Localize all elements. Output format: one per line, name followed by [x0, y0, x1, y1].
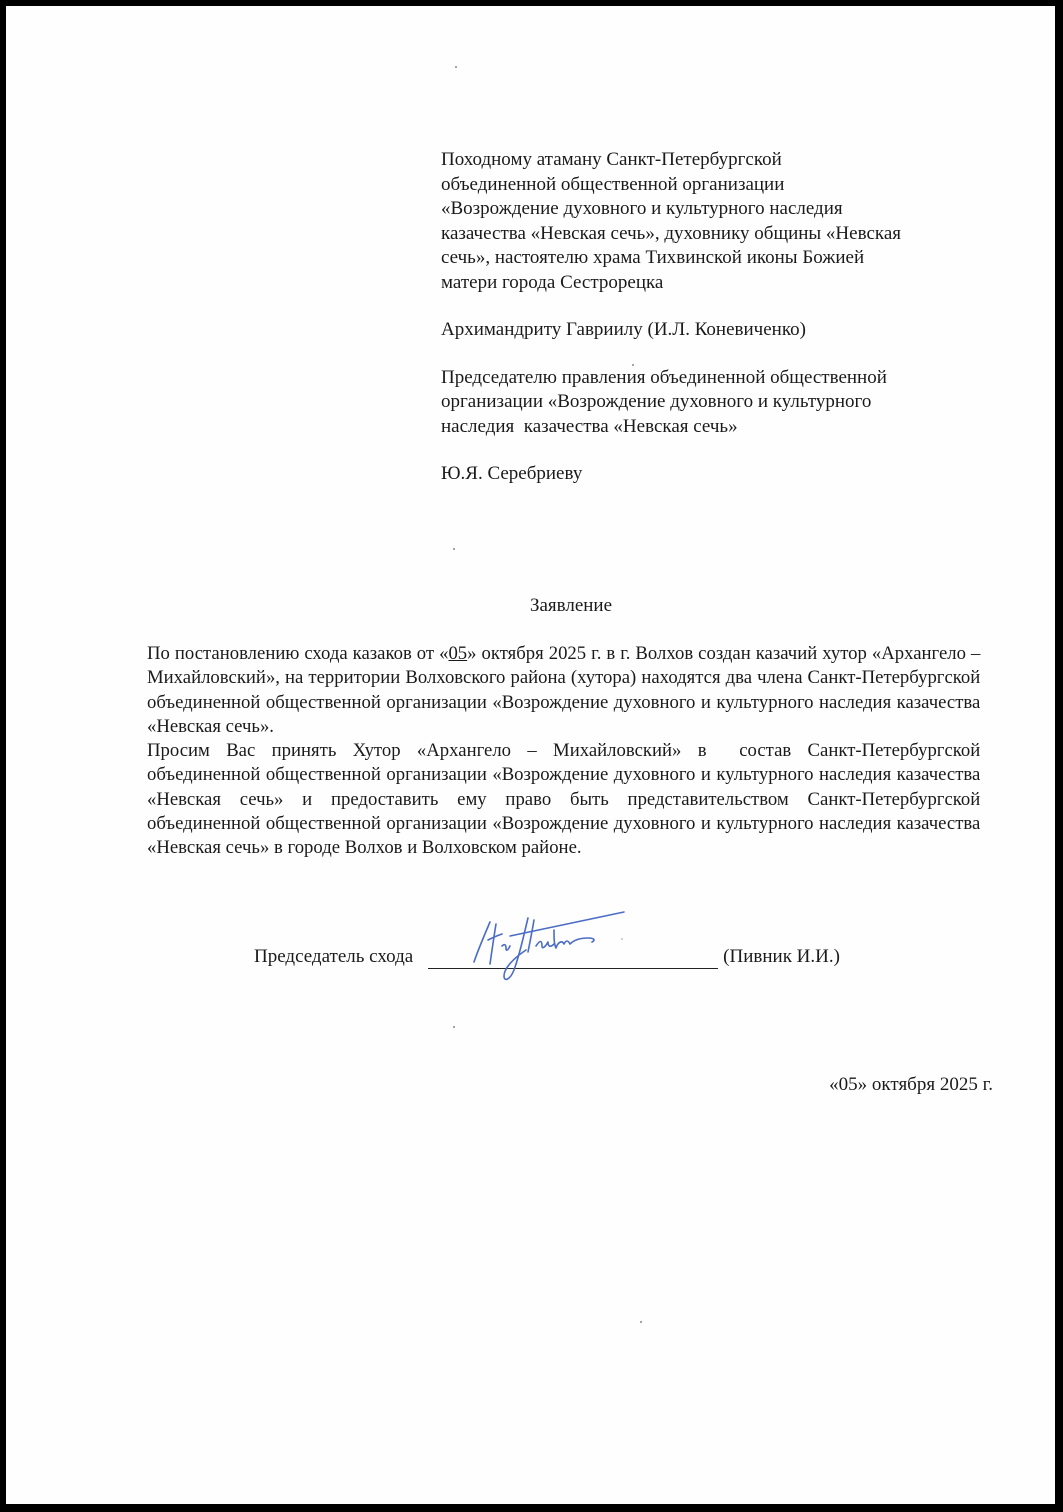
scan-speck	[632, 364, 634, 366]
addressee-chairman: Председателю правления объединенной обще…	[441, 366, 1001, 440]
addressee-name-chairman: Ю.Я. Серебриеву	[441, 462, 1001, 487]
decision-day: 05	[448, 643, 467, 664]
addressee-block: Походному атаману Санкт-Петербургской об…	[441, 148, 1001, 487]
addressee-line: Походному атаману Санкт-Петербургской	[441, 148, 1001, 173]
scan-speck	[455, 66, 457, 68]
paragraph-text: По постановлению схода казаков от «	[147, 643, 448, 664]
addressee-line: казачества «Невская сечь», духовнику общ…	[441, 222, 1001, 247]
addressee-ataman: Походному атаману Санкт-Петербургской об…	[441, 148, 1001, 295]
handwritten-signature-icon	[448, 906, 638, 986]
document-date: «05» октября 2025 г.	[829, 1073, 993, 1097]
signature-label: Председатель схода	[254, 945, 413, 969]
addressee-line: объединенной общественной организации	[441, 173, 1001, 198]
statement-paragraph-2: Просим Вас принять Хутор «Архангело – Ми…	[147, 739, 980, 860]
signature-row: Председатель схода (Пивник И.И.)	[254, 939, 840, 969]
statement-paragraph-1: По постановлению схода казаков от «05» о…	[147, 642, 980, 739]
document-page: Походному атаману Санкт-Петербургской об…	[6, 6, 1055, 1504]
statement-body: По постановлению схода казаков от «05» о…	[147, 642, 980, 861]
signatory-name: (Пивник И.И.)	[723, 945, 840, 969]
addressee-line: наследия казачества «Невская сечь»	[441, 415, 1001, 440]
scan-speck	[453, 1026, 455, 1028]
addressee-line: сечь», настоятелю храма Тихвинской иконы…	[441, 246, 1001, 271]
document-title: Заявление	[6, 594, 1063, 618]
signature-line	[428, 946, 718, 969]
addressee-line: Председателю правления объединенной обще…	[441, 366, 1001, 391]
scan-speck	[453, 548, 455, 550]
scan-speck	[640, 1321, 642, 1323]
addressee-name-archimandrite: Архимандриту Гавриилу (И.Л. Коневиченко)	[441, 318, 1001, 343]
addressee-line: организации «Возрождение духовного и кул…	[441, 390, 1001, 415]
addressee-line: матери города Сестрорецка	[441, 271, 1001, 296]
addressee-line: «Возрождение духовного и культурного нас…	[441, 197, 1001, 222]
